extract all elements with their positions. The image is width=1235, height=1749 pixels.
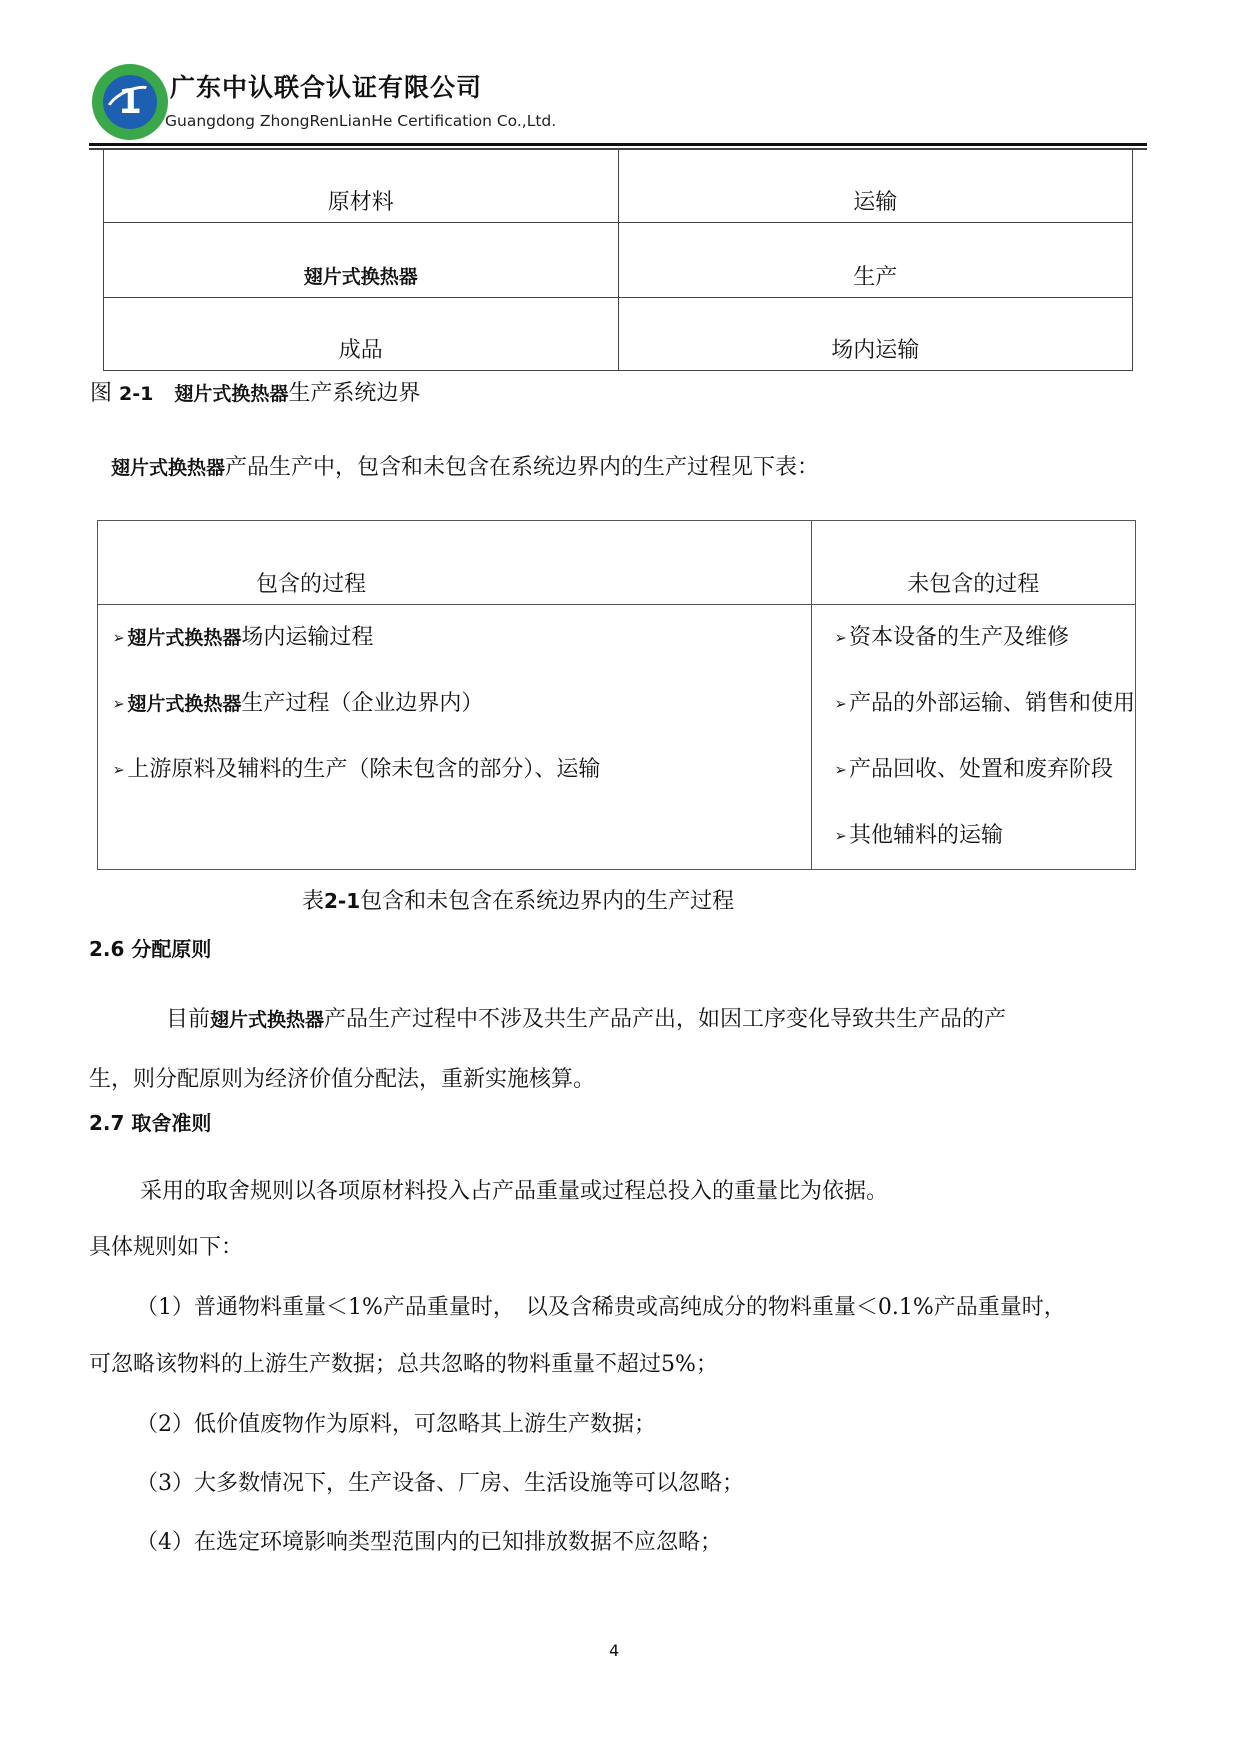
company-logo: 1 [92,64,168,140]
section-heading-2-7: 2.7 取舍准则 [89,1107,211,1136]
cell-production: 生产 [618,223,1133,298]
section-heading-2-6: 2.6 分配原则 [89,933,211,962]
rule-2: （2）低价值废物作为原料，可忽略其上游生产数据； [136,1407,656,1438]
table-row: 翅片式换热器 生产 [104,223,1133,298]
intro-paragraph: 翅片式换热器产品生产中，包含和未包含在系统边界内的生产过程见下表： [111,450,819,481]
section-2-6-paragraph-line2: 生，则分配原则为经济价值分配法，重新实施核算。 [89,1062,595,1093]
rule-1-line2: 可忽略该物料的上游生产数据；总共忽略的物料重量不超过5%； [89,1347,718,1378]
intro-product: 翅片式换热器 [111,457,225,479]
excluded-list: ➢资本设备的生产及维修 ➢产品的外部运输、销售和使用 ➢产品回收、处置和废弃阶段… [812,605,1135,869]
cell-finished-product: 成品 [104,298,619,371]
table-caption-prefix: 表 [302,889,324,914]
bullet-arrow-icon: ➢ [834,739,846,801]
figure-caption: 图 2-1 翅片式换热器生产系统边界 [90,376,420,407]
table-row: 原材料 运输 [104,150,1133,223]
bullet-arrow-icon: ➢ [113,673,125,735]
bullet-arrow-icon: ➢ [834,805,846,867]
system-boundary-figure-table: 原材料 运输 翅片式换热器 生产 成品 场内运输 [103,150,1133,371]
logo-glyph: 1 [118,85,142,119]
rule-4: （4）在选定环境影响类型范围内的已知排放数据不应忽略； [136,1525,722,1556]
list-item: ➢上游原料及辅料的生产（除未包含的部分）、运输 [112,737,811,803]
cell-onsite-transport: 场内运输 [618,298,1133,371]
list-item: ➢其他辅料的运输 [834,803,1135,869]
figure-caption-number: 2-1 [119,383,153,405]
table-row: ➢翅片式换热器场内运输过程 ➢翅片式换热器生产过程（企业边界内） ➢上游原料及辅… [98,605,1136,870]
header-rule-thick [89,143,1147,146]
table-header-row: 包含的过程 未包含的过程 [98,521,1136,605]
list-item: ➢翅片式换热器场内运输过程 [112,605,811,671]
rule-1-line1: （1）普通物料重量＜1%产品重量时， 以及含稀贵或高纯成分的物料重量＜0.1%产… [136,1290,1066,1321]
cell-raw-material: 原材料 [104,150,619,223]
list-item: ➢翅片式换热器生产过程（企业边界内） [112,671,811,737]
table-caption-text: 包含和未包含在系统边界内的生产过程 [360,889,734,914]
header-excluded: 未包含的过程 [811,521,1135,605]
figure-caption-product: 翅片式换热器 [174,383,288,405]
company-name-cn: 广东中认联合认证有限公司 [170,68,482,104]
included-cell: ➢翅片式换热器场内运输过程 ➢翅片式换热器生产过程（企业边界内） ➢上游原料及辅… [98,605,812,870]
section-2-7-rules-intro: 具体规则如下： [89,1230,243,1261]
cell-transport: 运输 [618,150,1133,223]
bullet-arrow-icon: ➢ [113,739,125,801]
cell-product: 翅片式换热器 [104,223,619,298]
list-item: ➢资本设备的生产及维修 [834,605,1135,671]
table-caption: 表2-1包含和未包含在系统边界内的生产过程 [302,884,734,915]
bullet-arrow-icon: ➢ [113,607,125,669]
header-included: 包含的过程 [98,521,812,605]
logo-emblem-icon: 1 [103,75,157,129]
list-item: ➢产品回收、处置和废弃阶段 [834,737,1135,803]
included-list: ➢翅片式换热器场内运输过程 ➢翅片式换热器生产过程（企业边界内） ➢上游原料及辅… [98,605,811,803]
section-2-7-paragraph: 采用的取舍规则以各项原材料投入占产品重量或过程总投入的重量比为依据。 [140,1174,888,1205]
excluded-cell: ➢资本设备的生产及维修 ➢产品的外部运输、销售和使用 ➢产品回收、处置和废弃阶段… [811,605,1135,870]
intro-text: 产品生产中，包含和未包含在系统边界内的生产过程见下表： [225,455,819,480]
table-caption-number: 2-1 [324,889,360,913]
figure-caption-text: 生产系统边界 [288,381,420,406]
list-item: ➢产品的外部运输、销售和使用 [834,671,1135,737]
process-table: 包含的过程 未包含的过程 ➢翅片式换热器场内运输过程 ➢翅片式换热器生产过程（企… [97,520,1136,870]
section-2-6-paragraph-line1: 目前翅片式换热器产品生产过程中不涉及共生产品产出，如因工序变化导致共生产品的产 [166,1002,1006,1033]
figure-caption-prefix: 图 [90,381,119,406]
bullet-arrow-icon: ➢ [834,673,846,735]
table-row: 成品 场内运输 [104,298,1133,371]
page-number: 4 [609,1641,619,1660]
rule-3: （3）大多数情况下，生产设备、厂房、生活设施等可以忽略； [136,1466,744,1497]
company-name-en: Guangdong ZhongRenLianHe Certification C… [165,112,556,130]
bullet-arrow-icon: ➢ [834,607,846,669]
